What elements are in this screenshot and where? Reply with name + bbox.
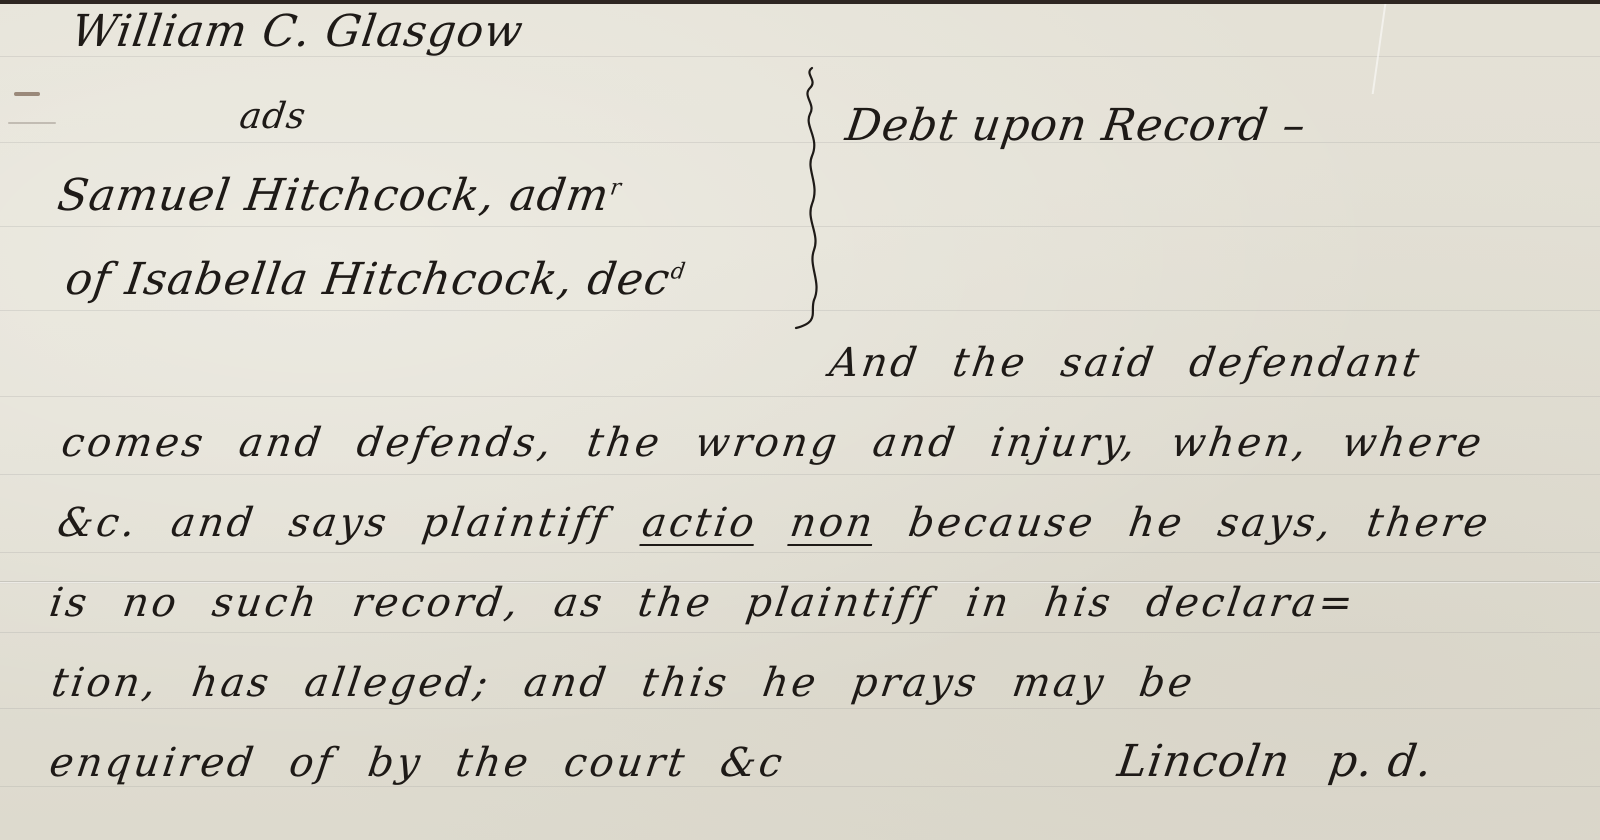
ruled-line [0,396,1600,397]
signature-suffix: p. d. [1326,736,1436,787]
defendant-line-2: of Isabella Hitchcock, decd [62,254,688,305]
body-line-3-pre: &c. and says plaintiff [55,500,612,546]
ruled-line [0,708,1600,709]
ruled-line [0,552,1600,553]
latin-phrase-non: non [787,500,878,546]
document-page: William C. Glasgow ads Samuel Hitchcock,… [0,4,1600,840]
paper-crack [1372,4,1387,94]
defendant-name: Samuel Hitchcock, [54,170,498,221]
ruled-line [0,474,1600,475]
ruled-line [0,632,1600,633]
plaintiff-name: William C. Glasgow [68,6,526,57]
signature-name: Lincoln [1114,736,1293,787]
caption-brace [790,64,830,334]
versus-abbrev: ads [237,96,309,137]
body-line-2: comes and defends, the wrong and injury,… [59,420,1487,466]
body-line-5: tion, has alleged; and this he prays may… [49,660,1198,706]
defendant-title: adm [506,170,612,221]
body-line-4: is no such record, as the plaintiff in h… [47,580,1359,626]
signature: Lincoln p. d. [1114,736,1436,787]
ink-stain [8,122,56,124]
action-type: Debt upon Record – [842,100,1309,151]
body-line-3-post: because he says, there [906,500,1494,546]
body-line-1: And the said defendant [827,340,1425,386]
ink-stain [14,92,40,96]
body-line-6: enquired of by the court &c [47,740,788,786]
defendant-title-superscript: r [609,175,624,200]
decedent-superscript: d [669,259,688,284]
decedent-name: of Isabella Hitchcock, dec [62,254,673,305]
body-line-3: &c. and says plaintiff actio non because… [55,500,1494,546]
defendant-line-1: Samuel Hitchcock, admr [54,170,624,221]
latin-phrase-actio: actio [639,500,760,546]
